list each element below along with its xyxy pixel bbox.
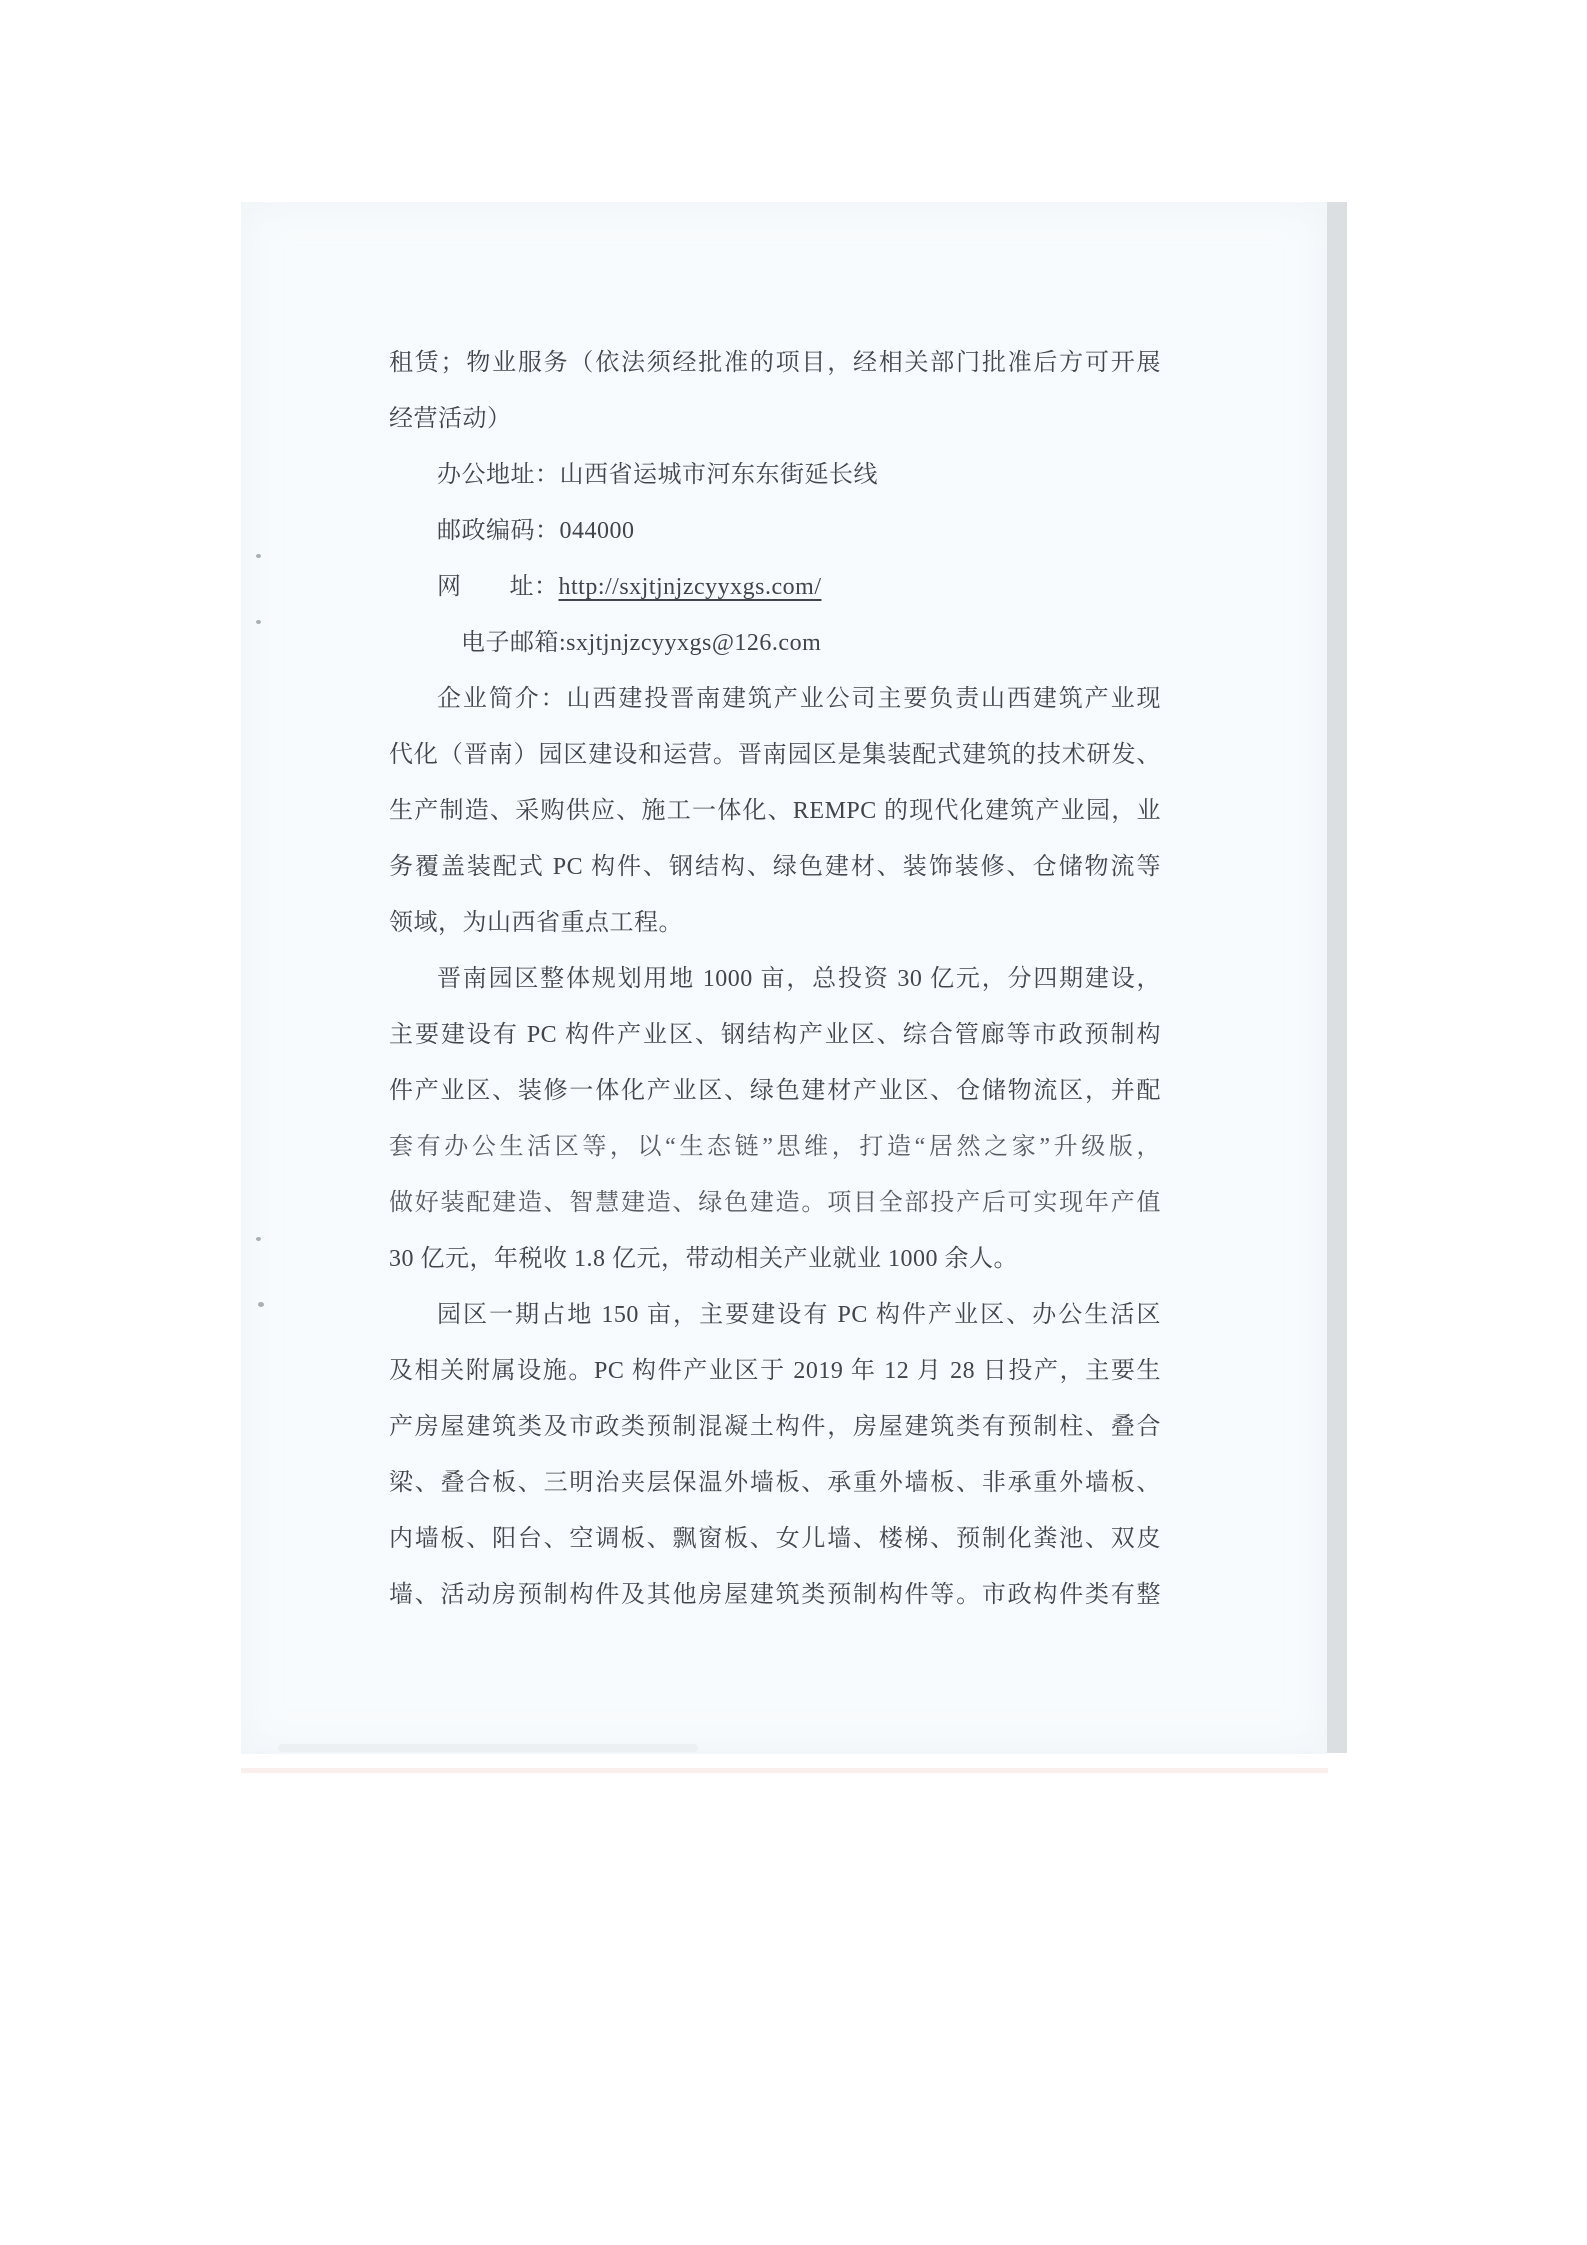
website-link[interactable]: http://sxjtjnjzcyyxgs.com/	[559, 574, 822, 600]
phase-one-paragraph: 园区一期占地 150 亩，主要建设有 PC 构件产业区、办公生活区 及相关附属设…	[389, 1287, 1161, 1623]
park-line: 主要建设有 PC 构件产业区、钢结构产业区、综合管廊等市政预制构	[389, 1007, 1161, 1063]
postcode-value: 044000	[560, 518, 635, 544]
website-line: 网址：http://sxjtjnjzcyyxgs.com/	[389, 559, 1161, 615]
profile-line: 务覆盖装配式 PC 构件、钢结构、绿色建材、装饰装修、仓储物流等	[389, 839, 1161, 895]
profile-line: 生产制造、采购供应、施工一体化、REMPC 的现代化建筑产业园，业	[389, 783, 1161, 839]
phase-one-line: 墙、活动房预制构件及其他房屋建筑类预制构件等。市政构件类有整	[389, 1567, 1161, 1623]
park-line: 件产业区、装修一体化产业区、绿色建材产业区、仓储物流区，并配	[389, 1063, 1161, 1119]
park-line: 做好装配建造、智慧建造、绿色建造。项目全部投产后可实现年产值	[389, 1175, 1161, 1231]
email-value: sxjtjnjzcyyxgs@126.com	[566, 630, 821, 656]
office-address-line: 办公地址：山西省运城市河东东街延长线	[389, 447, 1161, 503]
office-address-label: 办公地址：	[437, 462, 560, 488]
profile-line: 领域，为山西省重点工程。	[389, 895, 1161, 951]
park-line: 30 亿元，年税收 1.8 亿元，带动相关产业就业 1000 余人。	[389, 1231, 1161, 1287]
scan-speck	[256, 620, 261, 624]
page-bottom-accent-line	[241, 1768, 1328, 1773]
company-profile-paragraph: 企业简介：山西建投晋南建筑产业公司主要负责山西建筑产业现 代化（晋南）园区建设和…	[389, 671, 1161, 951]
phase-one-line: 园区一期占地 150 亩，主要建设有 PC 构件产业区、办公生活区	[389, 1287, 1161, 1343]
scan-smudge	[278, 1744, 698, 1752]
profile-line: 代化（晋南）园区建设和运营。晋南园区是集装配式建筑的技术研发、	[389, 727, 1161, 783]
park-line: 套有办公生活区等，以“生态链”思维，打造“居然之家”升级版，	[389, 1119, 1161, 1175]
scan-speck	[256, 554, 261, 558]
website-label-part1: 网	[437, 574, 462, 600]
page-edge-shadow	[1327, 202, 1347, 1753]
phase-one-line: 产房屋建筑类及市政类预制混凝土构件，房屋建筑类有预制柱、叠合	[389, 1399, 1161, 1455]
phase-one-line: 及相关附属设施。PC 构件产业区于 2019 年 12 月 28 日投产，主要生	[389, 1343, 1161, 1399]
postcode-line: 邮政编码：044000	[389, 503, 1161, 559]
scanned-document-canvas: 租赁；物业服务（依法须经批准的项目，经相关部门批准后方可开展 经营活动） 办公地…	[0, 0, 1587, 2245]
email-label: 电子邮箱:	[461, 630, 566, 656]
business-scope-line: 租赁；物业服务（依法须经批准的项目，经相关部门批准后方可开展	[389, 335, 1161, 391]
text-column: 租赁；物业服务（依法须经批准的项目，经相关部门批准后方可开展 经营活动） 办公地…	[389, 335, 1161, 1623]
scan-speck	[258, 1302, 264, 1307]
scan-speck	[256, 1237, 261, 1241]
phase-one-line: 内墙板、阳台、空调板、飘窗板、女儿墙、楼梯、预制化粪池、双皮	[389, 1511, 1161, 1567]
office-address-value: 山西省运城市河东东街延长线	[560, 462, 879, 488]
email-line: 电子邮箱:sxjtjnjzcyyxgs@126.com	[389, 615, 1161, 671]
park-line: 晋南园区整体规划用地 1000 亩，总投资 30 亿元，分四期建设，	[389, 951, 1161, 1007]
document-page: 租赁；物业服务（依法须经批准的项目，经相关部门批准后方可开展 经营活动） 办公地…	[241, 202, 1327, 1754]
phase-one-line: 梁、叠合板、三明治夹层保温外墙板、承重外墙板、非承重外墙板、	[389, 1455, 1161, 1511]
business-scope-line: 经营活动）	[389, 391, 1161, 447]
postcode-label: 邮政编码：	[437, 518, 560, 544]
profile-line: 企业简介：山西建投晋南建筑产业公司主要负责山西建筑产业现	[389, 671, 1161, 727]
website-label-part2: 址：	[510, 574, 559, 600]
park-overview-paragraph: 晋南园区整体规划用地 1000 亩，总投资 30 亿元，分四期建设， 主要建设有…	[389, 951, 1161, 1287]
